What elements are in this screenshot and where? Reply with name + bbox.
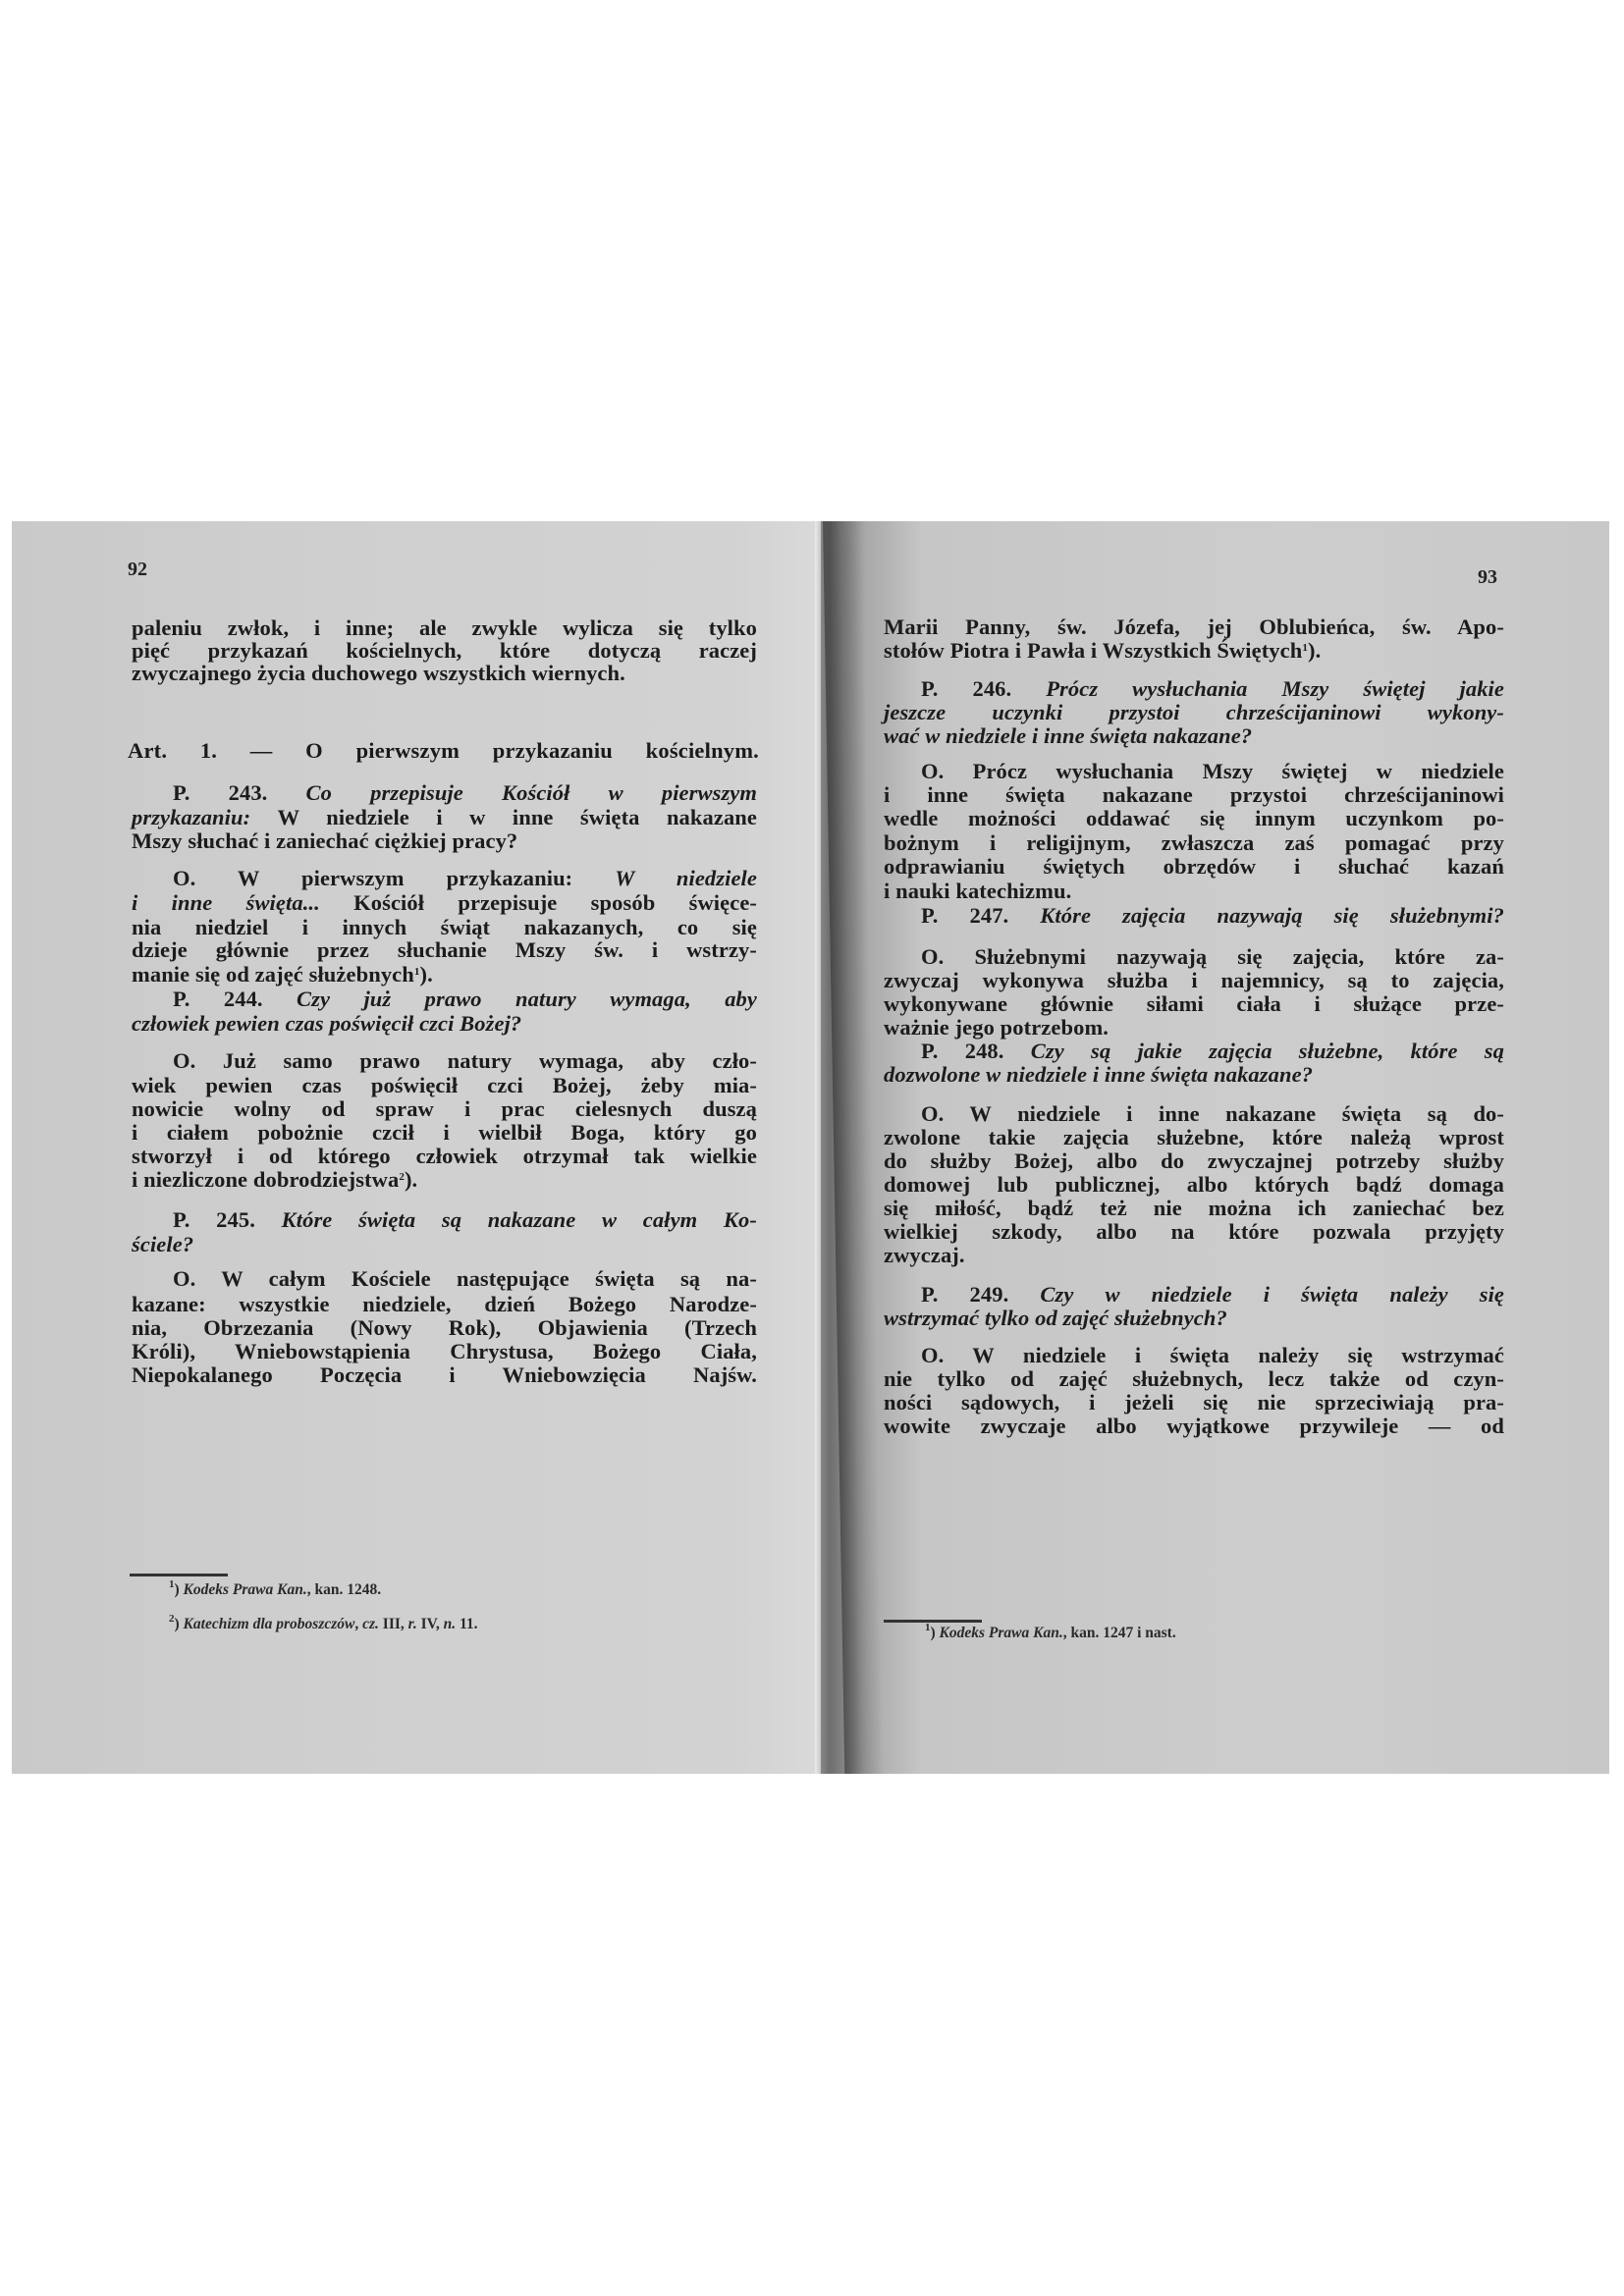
italic-text: Kodeks Prawa Kan.: [184, 1581, 307, 1598]
text-line: O. Już samo prawo natury wymaga, aby czł…: [173, 1049, 757, 1073]
footnote-paren: ): [175, 1581, 184, 1598]
text-line: i ciałem pobożnie czcił i wielbił Boga, …: [132, 1121, 757, 1145]
italic-text: ściele?: [132, 1232, 193, 1256]
text-line: i inne święta... Kościół przepisuje spos…: [132, 891, 757, 915]
text-line: i niezliczone dobrodziejstwa2).: [132, 1168, 757, 1192]
text-run: się miłość, bądź też nie można ich zanie…: [884, 1196, 1504, 1220]
text-line: nie tylko od zajęć służebnych, lecz takż…: [884, 1367, 1504, 1391]
section-heading: Art. 1. — O pierwszym przykazaniu koście…: [128, 738, 759, 764]
text-line: człowiek pewien czas poświęcił czci Boże…: [132, 1012, 757, 1036]
text-line: i inne święta nakazane przystoi chrześci…: [884, 783, 1504, 807]
text-run: IV,: [417, 1616, 444, 1632]
footnote-rule-right: [884, 1620, 982, 1623]
text-run: III,: [379, 1616, 408, 1632]
text-run: zwyczaj wykonywa służba i najemnicy, są …: [884, 968, 1504, 992]
text-run: odprawianiu świętych obrzędów i słuchać …: [884, 854, 1504, 879]
text-run: P. 248.: [921, 1039, 1031, 1063]
text-line: wstrzymać tylko od zajęć służebnych?: [884, 1307, 1504, 1330]
text-line: kazane: wszystkie niedziele, dzień Bożeg…: [132, 1293, 757, 1316]
text-run: O. W niedziele i inne nakazane święta są…: [921, 1101, 1504, 1126]
italic-text: człowiek pewien czas poświęcił czci Boże…: [132, 1011, 521, 1036]
text-run: O. Już samo prawo natury wymaga, aby czł…: [173, 1048, 757, 1073]
italic-text: dozwolone w niedziele i inne święta naka…: [884, 1062, 1313, 1087]
text-run: P. 243.: [173, 780, 306, 805]
right-page: 93 Marii Panny, św. Józefa, jej Oblubień…: [823, 521, 1609, 1774]
text-line: odprawianiu świętych obrzędów i słuchać …: [884, 855, 1504, 879]
footnote-paren: ): [175, 1616, 184, 1632]
text-line: ściele?: [132, 1233, 757, 1256]
text-run: nia, Obrzezania (Nowy Rok), Objawienia (…: [132, 1315, 757, 1340]
text-run: Króli), Wniebowstąpienia Chrystusa, Boże…: [132, 1339, 757, 1363]
text-run: 11.: [456, 1616, 477, 1632]
text-run: zwyczajnego życia duchowego wszystkich w…: [132, 661, 625, 685]
text-run: P. 246.: [921, 676, 1046, 701]
text-line: wykonywane głównie siłami ciała i służąc…: [884, 992, 1504, 1016]
text-run: i nauki katechizmu.: [884, 879, 1071, 903]
page-number-right: 93: [1478, 566, 1497, 589]
footnote: 2) Katechizm dla proboszczów, cz. III, r…: [169, 1616, 477, 1633]
text-line: zwyczaj.: [884, 1244, 1504, 1267]
text-line: O. Służebnymi nazywają się zajęcia, któr…: [921, 945, 1504, 969]
text-line: Niepokalanego Poczęcia i Wniebowzięcia N…: [132, 1363, 757, 1387]
text-run: O. W całym Kościele następujące święta s…: [173, 1266, 757, 1291]
text-line: ności sądowych, i jeżeli się nie sprzeci…: [884, 1391, 1504, 1415]
text-line: do służby Bożej, albo do zwyczajnej potr…: [884, 1149, 1504, 1173]
text-run: zwyczaj.: [884, 1243, 965, 1267]
footnote-rule-left: [130, 1574, 228, 1576]
text-run: O. Służebnymi nazywają się zajęcia, któr…: [921, 944, 1504, 969]
italic-text: i inne święta...: [132, 890, 353, 915]
text-line: się miłość, bądź też nie można ich zanie…: [884, 1197, 1504, 1220]
text-run: ,: [354, 1616, 362, 1632]
text-line: wedle możności oddawać się innym uczynko…: [884, 807, 1504, 830]
text-run: i niezliczone dobrodziejstwa: [132, 1167, 399, 1192]
text-run: wielkiej szkody, albo na które pozwala p…: [884, 1219, 1504, 1244]
text-line: P. 245. Które święta są nakazane w całym…: [173, 1208, 757, 1232]
text-line: pięć przykazań kościelnych, które dotycz…: [132, 639, 757, 663]
text-run: manie się od zajęć służebnych: [132, 962, 414, 987]
text-run: O. W pierwszym przykazaniu:: [173, 866, 615, 890]
left-page: 92 paleniu zwłok, i inne; ale zwykle wyl…: [12, 521, 823, 1774]
italic-text: Kodeks Prawa Kan.: [940, 1625, 1063, 1641]
text-line: P. 248. Czy są jakie zajęcia służebne, k…: [921, 1040, 1504, 1063]
text-line: ważnie jego potrzebom.: [884, 1016, 1504, 1040]
italic-text: wstrzymać tylko od zajęć służebnych?: [884, 1306, 1227, 1330]
text-run: P. 249.: [921, 1282, 1040, 1307]
italic-text: wać w niedziele i inne święta nakazane?: [884, 723, 1252, 748]
text-run: ).: [419, 962, 432, 987]
text-line: O. W niedziele i święta należy się wstrz…: [921, 1344, 1504, 1367]
text-run: W niedziele i w inne święta nakazane: [278, 805, 757, 829]
text-run: i inne święta nakazane przystoi chrześci…: [884, 782, 1504, 807]
text-line: domowej lub publicznej, albo których bąd…: [884, 1173, 1504, 1197]
text-line: i nauki katechizmu.: [884, 880, 1504, 903]
italic-text: cz.: [362, 1616, 379, 1632]
text-run: Mszy słuchać i zaniechać ciężkiej pracy?: [132, 828, 517, 853]
text-line: stołów Piotra i Pawła i Wszystkich Święt…: [884, 639, 1504, 663]
text-line: wiek pewien czas poświęcił czci Bożej, ż…: [132, 1074, 757, 1097]
footnote: 1) Kodeks Prawa Kan., kan. 1247 i nast.: [925, 1625, 1176, 1642]
text-line: P. 247. Które zajęcia nazywają się służe…: [921, 904, 1504, 928]
text-run: stworzył i od którego człowiek otrzymał …: [132, 1144, 757, 1168]
text-run: Marii Panny, św. Józefa, jej Oblubieńca,…: [884, 614, 1504, 639]
text-run: ).: [1308, 638, 1321, 663]
text-run: nowicie wolny od spraw i prac cielesnych…: [132, 1096, 757, 1121]
italic-text: r.: [408, 1616, 417, 1632]
text-run: O. Prócz wysłuchania Mszy świętej w nied…: [921, 759, 1504, 783]
text-line: P. 246. Prócz wysłuchania Mszy świętej j…: [921, 677, 1504, 701]
text-line: paleniu zwłok, i inne; ale zwykle wylicz…: [132, 616, 757, 640]
text-run: paleniu zwłok, i inne; ale zwykle wylicz…: [132, 615, 757, 640]
text-line: wać w niedziele i inne święta nakazane?: [884, 724, 1504, 748]
text-run: domowej lub publicznej, albo których bąd…: [884, 1172, 1504, 1197]
italic-text: Prócz wysłuchania Mszy świętej jakie: [1046, 676, 1504, 701]
text-run: wowite zwyczaje albo wyjątkowe przywilej…: [884, 1414, 1504, 1438]
text-line: dzieje głównie przez słuchanie Mszy św. …: [132, 938, 757, 962]
text-line: O. Prócz wysłuchania Mszy świętej w nied…: [921, 760, 1504, 783]
text-line: wielkiej szkody, albo na które pozwala p…: [884, 1220, 1504, 1244]
italic-text: Katechizm dla proboszczów: [184, 1616, 355, 1632]
text-run: P. 245.: [173, 1207, 282, 1232]
text-line: nia, Obrzezania (Nowy Rok), Objawienia (…: [132, 1316, 757, 1340]
text-run: wiek pewien czas poświęcił czci Bożej, ż…: [132, 1073, 757, 1097]
text-run: bożnym i religijnym, zwłaszcza zaś pomag…: [884, 830, 1504, 855]
text-line: dozwolone w niedziele i inne święta naka…: [884, 1063, 1504, 1087]
footnote: 1) Kodeks Prawa Kan., kan. 1248.: [169, 1581, 381, 1599]
text-run: stołów Piotra i Pawła i Wszystkich Święt…: [884, 638, 1302, 663]
italic-text: n.: [444, 1616, 457, 1632]
text-run: zwolone takie zajęcia służebne, które na…: [884, 1125, 1504, 1149]
text-line: P. 249. Czy w niedziele i święta należy …: [921, 1283, 1504, 1307]
italic-text: Które zajęcia nazywają się służebnymi?: [1040, 903, 1504, 928]
text-run: , kan. 1248.: [307, 1581, 381, 1598]
text-run: , kan. 1247 i nast.: [1063, 1625, 1176, 1641]
text-line: O. W całym Kościele następujące święta s…: [173, 1267, 757, 1291]
italic-text: przykazaniu:: [132, 805, 278, 829]
italic-text: Czy już prawo natury wymaga, aby: [297, 987, 757, 1011]
text-line: nia niedziel i innych świąt nakazanych, …: [132, 916, 757, 939]
text-line: zwyczaj wykonywa służba i najemnicy, są …: [884, 969, 1504, 992]
text-run: wedle możności oddawać się innym uczynko…: [884, 806, 1504, 830]
text-run: nie tylko od zajęć służebnych, lecz takż…: [884, 1366, 1504, 1391]
text-line: Marii Panny, św. Józefa, jej Oblubieńca,…: [884, 615, 1504, 639]
italic-text: Czy w niedziele i święta należy się: [1040, 1282, 1504, 1307]
italic-text: Które święta są nakazane w całym Ko-: [282, 1207, 757, 1232]
text-run: ).: [405, 1167, 417, 1192]
text-run: P. 244.: [173, 987, 297, 1011]
text-run: pięć przykazań kościelnych, które dotycz…: [132, 638, 757, 663]
text-run: wykonywane głównie siłami ciała i służąc…: [884, 991, 1504, 1016]
text-line: O. W pierwszym przykazaniu: W niedziele: [173, 867, 757, 890]
text-run: ności sądowych, i jeżeli się nie sprzeci…: [884, 1390, 1504, 1415]
text-run: P. 247.: [921, 903, 1040, 928]
text-line: zwolone takie zajęcia służebne, które na…: [884, 1126, 1504, 1149]
italic-text: Czy są jakie zajęcia służebne, które są: [1031, 1039, 1504, 1063]
text-line: stworzył i od którego człowiek otrzymał …: [132, 1145, 757, 1168]
text-line: bożnym i religijnym, zwłaszcza zaś pomag…: [884, 831, 1504, 855]
text-run: dzieje głównie przez słuchanie Mszy św. …: [132, 937, 757, 962]
text-run: ważnie jego potrzebom.: [884, 1015, 1109, 1040]
text-line: zwyczajnego życia duchowego wszystkich w…: [132, 662, 757, 685]
text-line: manie się od zajęć służebnych1).: [132, 963, 757, 987]
text-line: nowicie wolny od spraw i prac cielesnych…: [132, 1097, 757, 1121]
text-line: P. 243. Co przepisuje Kościół w pierwszy…: [173, 781, 757, 805]
text-run: Niepokalanego Poczęcia i Wniebowzięcia N…: [132, 1362, 757, 1387]
text-line: wowite zwyczaje albo wyjątkowe przywilej…: [884, 1415, 1504, 1438]
italic-text: W niedziele: [615, 866, 757, 890]
text-line: jeszcze uczynki przystoi chrześcijaninow…: [884, 701, 1504, 724]
italic-text: jeszcze uczynki przystoi chrześcijaninow…: [884, 700, 1504, 724]
text-line: O. W niedziele i inne nakazane święta są…: [921, 1102, 1504, 1126]
text-run: Art. 1. — O pierwszym przykazaniu koście…: [128, 738, 759, 763]
text-line: Króli), Wniebowstąpienia Chrystusa, Boże…: [132, 1340, 757, 1363]
text-run: kazane: wszystkie niedziele, dzień Bożeg…: [132, 1292, 757, 1316]
text-run: Kościół przepisuje sposób święce-: [353, 890, 757, 915]
text-run: O. W niedziele i święta należy się wstrz…: [921, 1343, 1504, 1367]
text-run: do służby Bożej, albo do zwyczajnej potr…: [884, 1148, 1504, 1173]
text-line: P. 244. Czy już prawo natury wymaga, aby: [173, 988, 757, 1011]
italic-text: Co przepisuje Kościół w pierwszym: [306, 780, 757, 805]
text-run: nia niedziel i innych świąt nakazanych, …: [132, 915, 757, 939]
footnote-paren: ): [931, 1625, 940, 1641]
text-run: i ciałem pobożnie czcił i wielbił Boga, …: [132, 1120, 757, 1145]
page-number-left: 92: [128, 559, 147, 581]
text-line: przykazaniu: W niedziele i w inne święta…: [132, 806, 757, 829]
text-line: Mszy słuchać i zaniechać ciężkiej pracy?: [132, 829, 757, 853]
